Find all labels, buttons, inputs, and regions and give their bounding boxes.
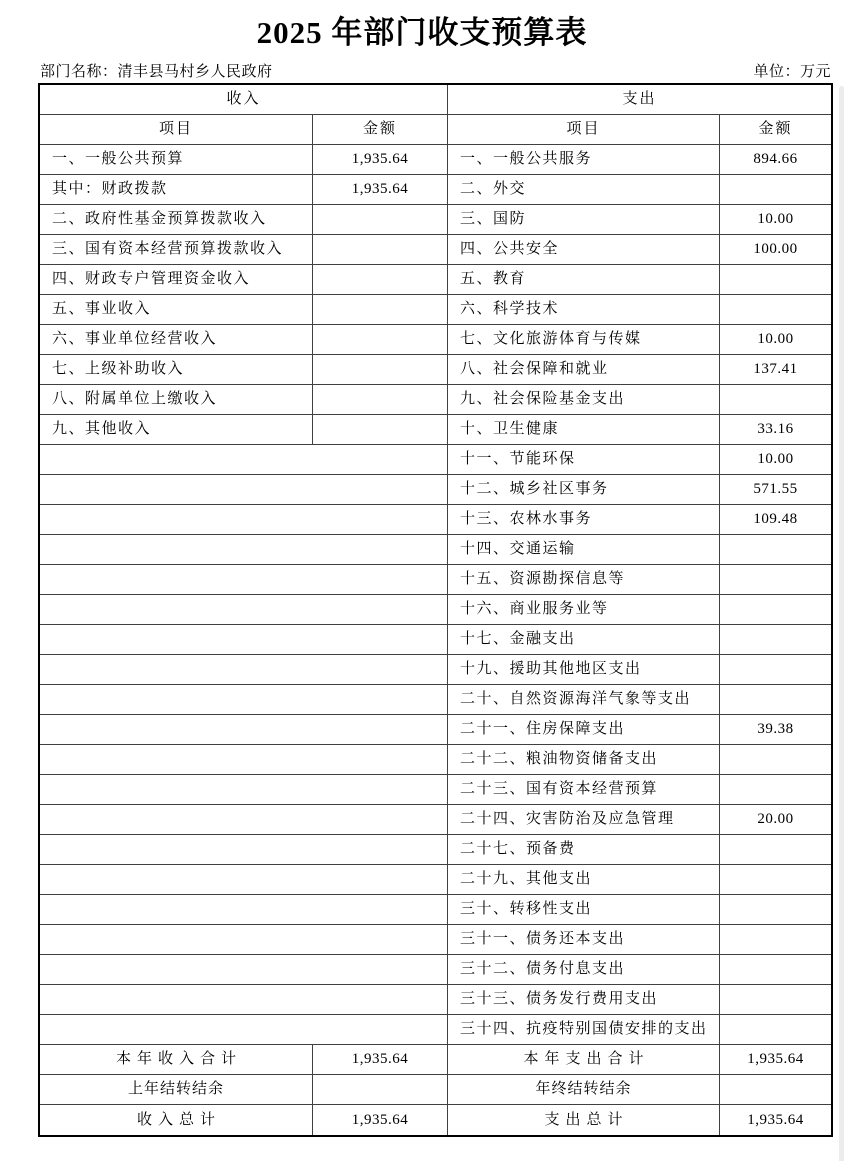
unit-label: 单位：万元 bbox=[753, 60, 831, 81]
income-amount-cell bbox=[313, 265, 448, 295]
expense-item-cell: 十五、资源勘探信息等 bbox=[448, 565, 720, 595]
expense-total-label: 年终结转结余 bbox=[448, 1075, 720, 1105]
income-item-cell: 四、财政专户管理资金收入 bbox=[40, 265, 313, 295]
expense-amount-cell: 33.16 bbox=[720, 415, 831, 445]
expense-item-cell: 八、社会保障和就业 bbox=[448, 355, 720, 385]
income-empty-cell bbox=[40, 775, 448, 805]
expense-amount-cell bbox=[720, 865, 831, 895]
expense-amount-cell bbox=[720, 985, 831, 1015]
income-empty-cell bbox=[40, 445, 448, 475]
expense-amount-cell bbox=[720, 895, 831, 925]
expense-item-cell: 十四、交通运输 bbox=[448, 535, 720, 565]
expense-item-cell: 十六、商业服务业等 bbox=[448, 595, 720, 625]
expense-item-cell: 三十四、抗疫特别国债安排的支出 bbox=[448, 1015, 720, 1045]
expense-amount-cell bbox=[720, 1015, 831, 1045]
expense-amount-cell: 571.55 bbox=[720, 475, 831, 505]
expense-item-cell: 二十四、灾害防治及应急管理 bbox=[448, 805, 720, 835]
expense-amount-cell bbox=[720, 175, 831, 205]
income-amount-cell bbox=[313, 415, 448, 445]
income-empty-cell bbox=[40, 955, 448, 985]
expense-item-cell: 二十、自然资源海洋气象等支出 bbox=[448, 685, 720, 715]
expense-amount-cell bbox=[720, 565, 831, 595]
income-empty-cell bbox=[40, 625, 448, 655]
income-amount-cell: 1,935.64 bbox=[313, 175, 448, 205]
income-item-cell: 二、政府性基金预算拨款收入 bbox=[40, 205, 313, 235]
department-name: 清丰县马村乡人民政府 bbox=[118, 64, 273, 80]
expense-total-amount bbox=[720, 1075, 831, 1105]
income-amount-cell bbox=[313, 325, 448, 355]
expense-item-cell: 三十一、债务还本支出 bbox=[448, 925, 720, 955]
expense-total-label: 本年支出合计 bbox=[448, 1045, 720, 1075]
income-item-column-header: 项目 bbox=[40, 115, 313, 145]
income-amount-cell bbox=[313, 205, 448, 235]
income-empty-cell bbox=[40, 505, 448, 535]
expense-item-column-header: 项目 bbox=[448, 115, 720, 145]
income-amount-column-header: 金额 bbox=[313, 115, 448, 145]
meta-row: 部门名称：清丰县马村乡人民政府 单位：万元 bbox=[40, 60, 831, 81]
income-total-label: 本年收入合计 bbox=[40, 1045, 313, 1075]
expense-amount-cell bbox=[720, 775, 831, 805]
expense-amount-cell bbox=[720, 655, 831, 685]
income-total-amount bbox=[313, 1075, 448, 1105]
income-empty-cell bbox=[40, 655, 448, 685]
expense-amount-cell: 20.00 bbox=[720, 805, 831, 835]
income-total-amount: 1,935.64 bbox=[313, 1045, 448, 1075]
expense-item-cell: 三、国防 bbox=[448, 205, 720, 235]
income-amount-cell bbox=[313, 385, 448, 415]
expense-amount-cell bbox=[720, 535, 831, 565]
expense-total-amount: 1,935.64 bbox=[720, 1105, 831, 1135]
expense-amount-cell bbox=[720, 685, 831, 715]
expense-item-cell: 二十九、其他支出 bbox=[448, 865, 720, 895]
expense-amount-cell bbox=[720, 595, 831, 625]
expense-item-cell: 三十二、债务付息支出 bbox=[448, 955, 720, 985]
expense-amount-cell: 39.38 bbox=[720, 715, 831, 745]
expense-item-cell: 六、科学技术 bbox=[448, 295, 720, 325]
income-empty-cell bbox=[40, 685, 448, 715]
income-empty-cell bbox=[40, 565, 448, 595]
expense-item-cell: 二十七、预备费 bbox=[448, 835, 720, 865]
income-section-header: 收入 bbox=[40, 85, 448, 115]
expense-amount-cell: 10.00 bbox=[720, 205, 831, 235]
expense-amount-cell bbox=[720, 295, 831, 325]
expense-amount-cell bbox=[720, 745, 831, 775]
income-empty-cell bbox=[40, 895, 448, 925]
expense-section-header: 支出 bbox=[448, 85, 831, 115]
income-item-cell: 一、一般公共预算 bbox=[40, 145, 313, 175]
income-empty-cell bbox=[40, 805, 448, 835]
income-empty-cell bbox=[40, 745, 448, 775]
expense-item-cell: 三十三、债务发行费用支出 bbox=[448, 985, 720, 1015]
expense-amount-cell bbox=[720, 265, 831, 295]
department-name-line: 部门名称：清丰县马村乡人民政府 bbox=[40, 60, 273, 81]
expense-amount-cell: 10.00 bbox=[720, 325, 831, 355]
department-label: 部门名称： bbox=[40, 64, 118, 80]
expense-item-cell: 二十一、住房保障支出 bbox=[448, 715, 720, 745]
expense-amount-cell: 137.41 bbox=[720, 355, 831, 385]
income-item-cell: 七、上级补助收入 bbox=[40, 355, 313, 385]
income-amount-cell: 1,935.64 bbox=[313, 145, 448, 175]
income-amount-cell bbox=[313, 295, 448, 325]
income-total-label: 上年结转结余 bbox=[40, 1075, 313, 1105]
income-empty-cell bbox=[40, 865, 448, 895]
expense-item-cell: 十九、援助其他地区支出 bbox=[448, 655, 720, 685]
expense-item-cell: 五、教育 bbox=[448, 265, 720, 295]
expense-item-cell: 四、公共安全 bbox=[448, 235, 720, 265]
expense-item-cell: 二、外交 bbox=[448, 175, 720, 205]
income-total-label: 收入总计 bbox=[40, 1105, 313, 1135]
income-item-cell: 三、国有资本经营预算拨款收入 bbox=[40, 235, 313, 265]
income-item-cell: 九、其他收入 bbox=[40, 415, 313, 445]
expense-amount-cell: 10.00 bbox=[720, 445, 831, 475]
income-empty-cell bbox=[40, 1015, 448, 1045]
expense-amount-cell bbox=[720, 925, 831, 955]
income-empty-cell bbox=[40, 925, 448, 955]
expense-total-label: 支出总计 bbox=[448, 1105, 720, 1135]
expense-amount-cell bbox=[720, 955, 831, 985]
expense-amount-cell bbox=[720, 835, 831, 865]
vertical-scrollbar[interactable] bbox=[839, 86, 844, 1161]
income-amount-cell bbox=[313, 355, 448, 385]
expense-item-cell: 十二、城乡社区事务 bbox=[448, 475, 720, 505]
expense-amount-cell bbox=[720, 385, 831, 415]
page-title: 2025 年部门收支预算表 bbox=[0, 7, 844, 52]
budget-document-page: 2025 年部门收支预算表 部门名称：清丰县马村乡人民政府 单位：万元 收入支出… bbox=[0, 0, 844, 1161]
income-total-amount: 1,935.64 bbox=[313, 1105, 448, 1135]
expense-item-cell: 二十三、国有资本经营预算 bbox=[448, 775, 720, 805]
expense-item-cell: 三十、转移性支出 bbox=[448, 895, 720, 925]
income-empty-cell bbox=[40, 985, 448, 1015]
income-item-cell: 其中：财政拨款 bbox=[40, 175, 313, 205]
income-empty-cell bbox=[40, 475, 448, 505]
budget-table: 收入支出项目金额项目金额一、一般公共预算1,935.64一、一般公共服务894.… bbox=[38, 83, 833, 1137]
expense-item-cell: 十七、金融支出 bbox=[448, 625, 720, 655]
expense-total-amount: 1,935.64 bbox=[720, 1045, 831, 1075]
expense-item-cell: 二十二、粮油物资储备支出 bbox=[448, 745, 720, 775]
expense-item-cell: 一、一般公共服务 bbox=[448, 145, 720, 175]
income-empty-cell bbox=[40, 595, 448, 625]
income-empty-cell bbox=[40, 715, 448, 745]
expense-item-cell: 十、卫生健康 bbox=[448, 415, 720, 445]
income-item-cell: 八、附属单位上缴收入 bbox=[40, 385, 313, 415]
income-amount-cell bbox=[313, 235, 448, 265]
expense-item-cell: 七、文化旅游体育与传媒 bbox=[448, 325, 720, 355]
income-item-cell: 五、事业收入 bbox=[40, 295, 313, 325]
expense-amount-cell: 109.48 bbox=[720, 505, 831, 535]
expense-amount-column-header: 金额 bbox=[720, 115, 831, 145]
expense-item-cell: 十一、节能环保 bbox=[448, 445, 720, 475]
expense-item-cell: 十三、农林水事务 bbox=[448, 505, 720, 535]
expense-amount-cell: 100.00 bbox=[720, 235, 831, 265]
expense-amount-cell bbox=[720, 625, 831, 655]
expense-item-cell: 九、社会保险基金支出 bbox=[448, 385, 720, 415]
income-empty-cell bbox=[40, 535, 448, 565]
expense-amount-cell: 894.66 bbox=[720, 145, 831, 175]
income-empty-cell bbox=[40, 835, 448, 865]
income-item-cell: 六、事业单位经营收入 bbox=[40, 325, 313, 355]
